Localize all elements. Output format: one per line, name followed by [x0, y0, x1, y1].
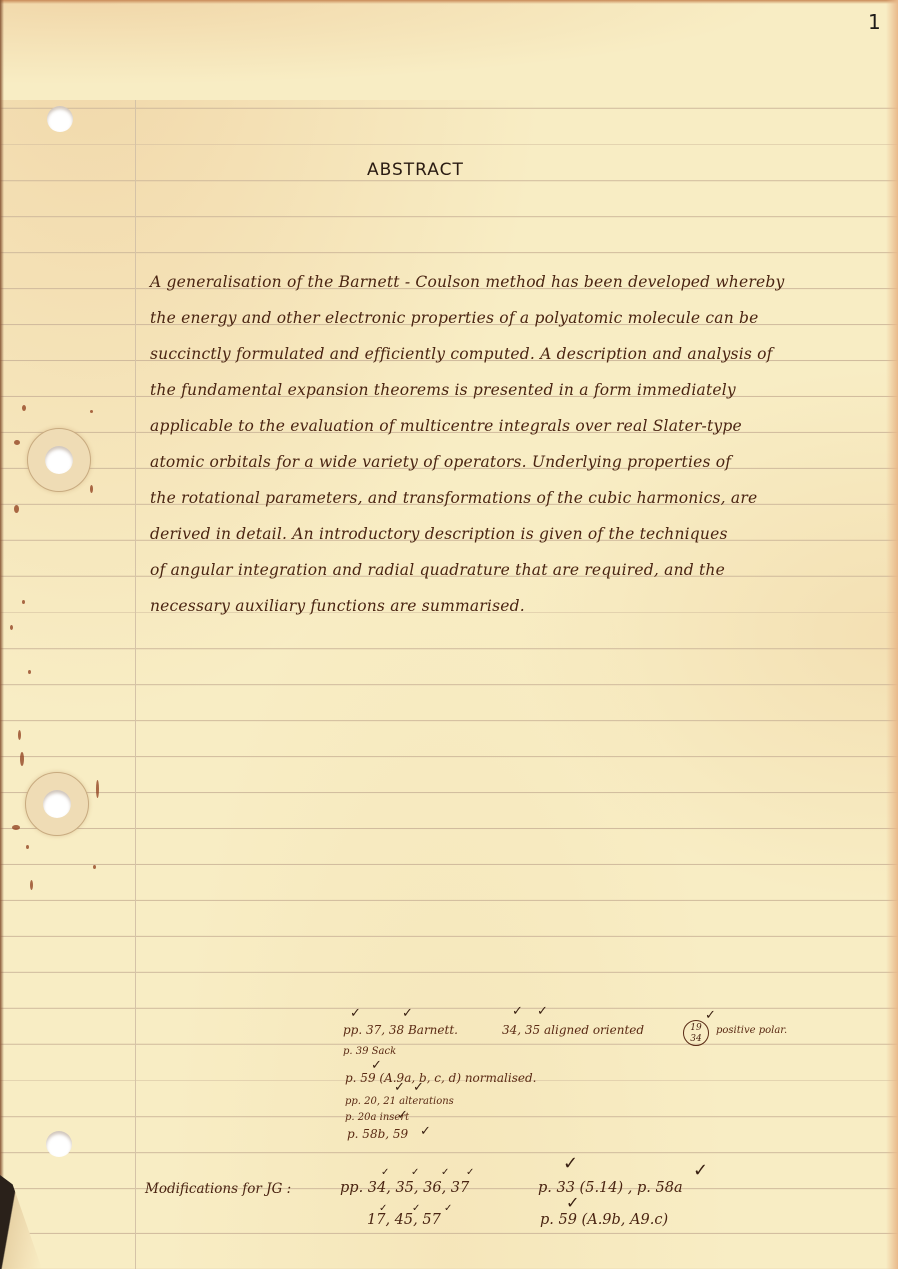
- page-title: ABSTRACT: [367, 160, 464, 180]
- modification-pages-line1: pp. 34, 35, 36, 37: [340, 1180, 469, 1196]
- rust-stain: [93, 865, 96, 869]
- note-insert: p. 20a insert: [345, 1112, 409, 1123]
- abstract-line: the energy and other electronic properti…: [150, 309, 759, 327]
- note-barnett: pp. 37, 38 Barnett.: [343, 1023, 458, 1037]
- modification-right-line1: p. 33 (5.14) , p. 58a: [538, 1180, 683, 1196]
- checkmark-icon: ✓: [350, 1006, 361, 1021]
- page-number: 1: [868, 10, 881, 34]
- binder-hole-top: [47, 106, 73, 132]
- rust-stain: [12, 825, 20, 830]
- checkmark-icon: ✓: [394, 1080, 405, 1095]
- checkmark-icon: ✓: [441, 1167, 449, 1178]
- abstract-line: applicable to the evaluation of multicen…: [150, 417, 742, 435]
- rust-stain: [26, 845, 29, 849]
- rust-stain: [28, 670, 31, 674]
- abstract-line: the fundamental expansion theorems is pr…: [150, 381, 736, 399]
- abstract-line: atomic orbitals for a wide variety of op…: [150, 453, 731, 471]
- rust-stain: [22, 405, 26, 411]
- rust-stain: [96, 780, 99, 798]
- rust-stain: [18, 730, 21, 740]
- note-normalised: p. 59 (A.9a, b, c, d) normalised.: [345, 1071, 536, 1085]
- abstract-line: the rotational parameters, and transform…: [150, 489, 757, 507]
- checkmark-icon: ✓: [411, 1167, 419, 1178]
- abstract-line: succinctly formulated and efficiently co…: [150, 345, 773, 363]
- circled-bottom: 34: [684, 1034, 708, 1045]
- rust-stain: [30, 880, 33, 890]
- checkmark-icon: ✓: [705, 1008, 716, 1023]
- notebook-page: 1 ABSTRACT A generalisation of the Barne…: [0, 0, 898, 1269]
- checkmark-icon: ✓: [563, 1153, 578, 1174]
- checkmark-icon: ✓: [413, 1080, 424, 1095]
- checkmark-icon: ✓: [402, 1006, 413, 1021]
- reinforced-binder-hole-upper: [27, 428, 91, 492]
- note-sack: p. 39 Sack: [343, 1046, 396, 1057]
- abstract-line: necessary auxiliary functions are summar…: [150, 597, 525, 615]
- checkmark-icon: ✓: [466, 1167, 474, 1178]
- binder-hole: [43, 790, 71, 818]
- abstract-line: of angular integration and radial quadra…: [150, 561, 725, 579]
- checkmark-icon: ✓: [420, 1124, 431, 1139]
- abstract-line: derived in detail. An introductory descr…: [150, 525, 728, 543]
- page-edge-top: [0, 0, 898, 4]
- binder-hole-bottom: [46, 1131, 72, 1157]
- reinforced-binder-hole-lower: [25, 772, 89, 836]
- modifications-label: Modifications for JG :: [145, 1181, 291, 1197]
- checkmark-icon: ✓: [566, 1193, 579, 1212]
- rust-stain: [14, 505, 19, 513]
- abstract-line: A generalisation of the Barnett - Coulso…: [150, 273, 784, 291]
- page-header-area: [0, 0, 898, 100]
- note-aligned-oriented: 34, 35 aligned oriented: [502, 1023, 644, 1037]
- note-58b-59: p. 58b, 59: [347, 1127, 408, 1141]
- margin-line: [135, 100, 136, 1269]
- checkmark-icon: ✓: [512, 1004, 523, 1019]
- rust-stain: [14, 440, 20, 445]
- page-edge-left: [0, 0, 4, 1269]
- page-edge-right: [886, 0, 898, 1269]
- rust-stain: [22, 600, 25, 604]
- circled-top: 19: [684, 1023, 708, 1034]
- checkmark-icon: ✓: [693, 1160, 708, 1181]
- rust-stain: [10, 625, 13, 630]
- checkmark-icon: ✓: [381, 1167, 389, 1178]
- checkmark-icon: ✓: [537, 1004, 548, 1019]
- modification-right-line2: p. 59 (A.9b, A9.c): [540, 1212, 668, 1228]
- rust-stain: [90, 485, 93, 493]
- note-positive-polar: positive polar.: [716, 1025, 787, 1036]
- rust-stain: [90, 410, 93, 413]
- circled-page-numbers: 19 34: [683, 1020, 709, 1046]
- binder-hole: [45, 446, 73, 474]
- note-alterations: pp. 20, 21 alterations: [345, 1096, 454, 1107]
- rust-stain: [20, 752, 24, 766]
- checkmark-icon: ✓: [444, 1203, 452, 1214]
- modification-pages-line2: 17, 45, 57: [367, 1212, 441, 1228]
